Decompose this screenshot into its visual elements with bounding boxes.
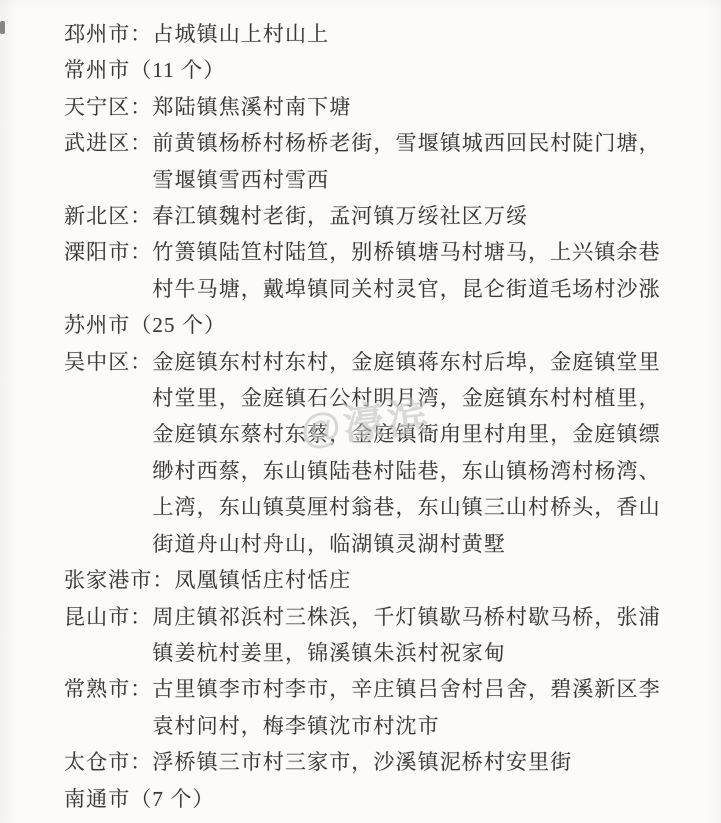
district-label: 常熟市： — [64, 671, 152, 707]
district-entry-row: 太仓市：浮桥镇三市村三家市，沙溪镇泥桥村安里街 — [64, 744, 676, 780]
district-entry-row: 溧阳市：竹箦镇陆笪村陆笪，别桥镇塘马村塘马，上兴镇余巷 村牛马塘，戴埠镇同关村灵… — [64, 234, 676, 307]
city-header-row: 南通市（7 个） — [64, 781, 676, 817]
village-list-document: 邳州市：占城镇山上村山上常州市（11 个）天宁区：郑陆镇焦溪村南下塘武进区：前黄… — [64, 16, 676, 817]
city-header-label: 南通市（7 个） — [64, 781, 215, 817]
village-names-text: 周庄镇祁浜村三株浜，千灯镇歇马桥村歇马桥，张浦 镇姜杭村姜里，锦溪镇朱浜村祝家甸 — [152, 599, 676, 672]
city-header-row: 常州市（11 个） — [64, 52, 676, 88]
district-label: 武进区： — [64, 125, 152, 161]
village-names-text: 金庭镇东村村东村，金庭镇蒋东村后埠，金庭镇堂里 村堂里，金庭镇石公村明月湾，金庭… — [152, 344, 676, 562]
district-entry-row: 张家港市：凤凰镇恬庄村恬庄 — [64, 562, 676, 598]
district-entry-row: 武进区：前黄镇杨桥村杨桥老街，雪堰镇城西回民村陡门塘， 雪堰镇雪西村雪西 — [64, 125, 676, 198]
district-label: 新北区： — [64, 198, 152, 234]
village-names-text: 古里镇李市村李市，辛庄镇吕舍村吕舍，碧溪新区李 袁村问村，梅李镇沈市村沈市 — [152, 671, 676, 744]
district-label: 邳州市： — [64, 16, 152, 52]
district-label: 昆山市： — [64, 599, 152, 635]
city-header-label: 常州市（11 个） — [64, 52, 225, 88]
district-label: 溧阳市： — [64, 234, 152, 270]
village-names-text: 郑陆镇焦溪村南下塘 — [152, 89, 676, 125]
district-label: 张家港市： — [64, 562, 175, 598]
district-label: 天宁区： — [64, 89, 152, 125]
city-header-row: 苏州市（25 个） — [64, 307, 676, 343]
village-names-text: 占城镇山上村山上 — [152, 16, 676, 52]
village-names-text: 前黄镇杨桥村杨桥老街，雪堰镇城西回民村陡门塘， 雪堰镇雪西村雪西 — [152, 125, 676, 198]
district-entry-row: 邳州市：占城镇山上村山上 — [64, 16, 676, 52]
scan-edge-speck — [0, 21, 5, 34]
district-entry-row: 昆山市：周庄镇祁浜村三株浜，千灯镇歇马桥村歇马桥，张浦 镇姜杭村姜里，锦溪镇朱浜… — [64, 599, 676, 672]
district-entry-row: 新北区：春江镇魏村老街，孟河镇万绥社区万绥 — [64, 198, 676, 234]
city-header-label: 苏州市（25 个） — [64, 307, 226, 343]
district-label: 太仓市： — [64, 744, 152, 780]
district-entry-row: 天宁区：郑陆镇焦溪村南下塘 — [64, 89, 676, 125]
village-names-text: 竹箦镇陆笪村陆笪，别桥镇塘马村塘马，上兴镇余巷 村牛马塘，戴埠镇同关村灵官，昆仑… — [152, 234, 676, 307]
village-names-text: 春江镇魏村老街，孟河镇万绥社区万绥 — [152, 198, 676, 234]
district-entry-row: 常熟市：古里镇李市村李市，辛庄镇吕舍村吕舍，碧溪新区李 袁村问村，梅李镇沈市村沈… — [64, 671, 676, 744]
district-entry-row: 吴中区：金庭镇东村村东村，金庭镇蒋东村后埠，金庭镇堂里 村堂里，金庭镇石公村明月… — [64, 344, 676, 562]
village-names-text: 凤凰镇恬庄村恬庄 — [175, 562, 677, 598]
district-label: 吴中区： — [64, 344, 152, 380]
village-names-text: 浮桥镇三市村三家市，沙溪镇泥桥村安里街 — [152, 744, 676, 780]
